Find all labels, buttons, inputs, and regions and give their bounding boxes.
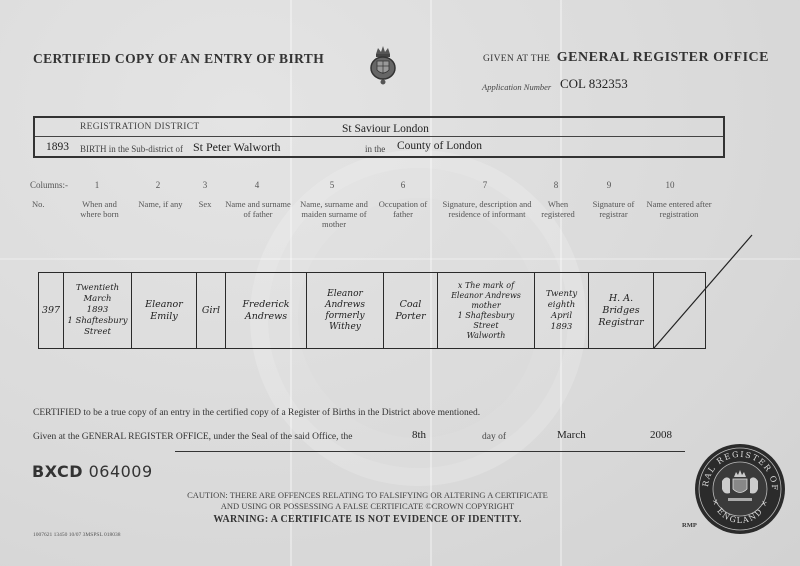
certificate-year: 2008 — [650, 429, 672, 441]
serial-number: 064009 — [89, 462, 153, 481]
caution-line-2: AND USING OR POSSESSING A FALSE CERTIFIC… — [170, 501, 565, 512]
given-at-statement: Given at the GENERAL REGISTER OFFICE, un… — [33, 432, 353, 442]
certificate-serial: BXCD 064009 — [32, 462, 153, 481]
signature-rule — [175, 451, 685, 452]
certificate-month: March — [557, 429, 586, 441]
certificate-day: 8th — [412, 429, 426, 441]
caution-line-1: CAUTION: THERE ARE OFFENCES RELATING TO … — [170, 490, 565, 501]
general-register-office-seal-icon: GENERAL REGISTER OFFICE × ENGLAND × — [694, 443, 786, 535]
certificate-paper: CERTIFIED COPY OF AN ENTRY OF BIRTH GIVE… — [0, 0, 800, 566]
caution-notice: CAUTION: THERE ARE OFFENCES RELATING TO … — [170, 490, 565, 512]
serial-prefix: BXCD — [32, 462, 83, 481]
rmp-initials: RMP — [682, 522, 697, 529]
strike-through-line — [0, 0, 800, 566]
day-of-label: day of — [482, 432, 506, 442]
certification-statement: CERTIFIED to be a true copy of an entry … — [33, 408, 480, 418]
print-code: 1007621 13450 10/07 3MSPSL 018038 — [33, 532, 121, 538]
identity-warning: WARNING: A CERTIFICATE IS NOT EVIDENCE O… — [170, 514, 565, 525]
